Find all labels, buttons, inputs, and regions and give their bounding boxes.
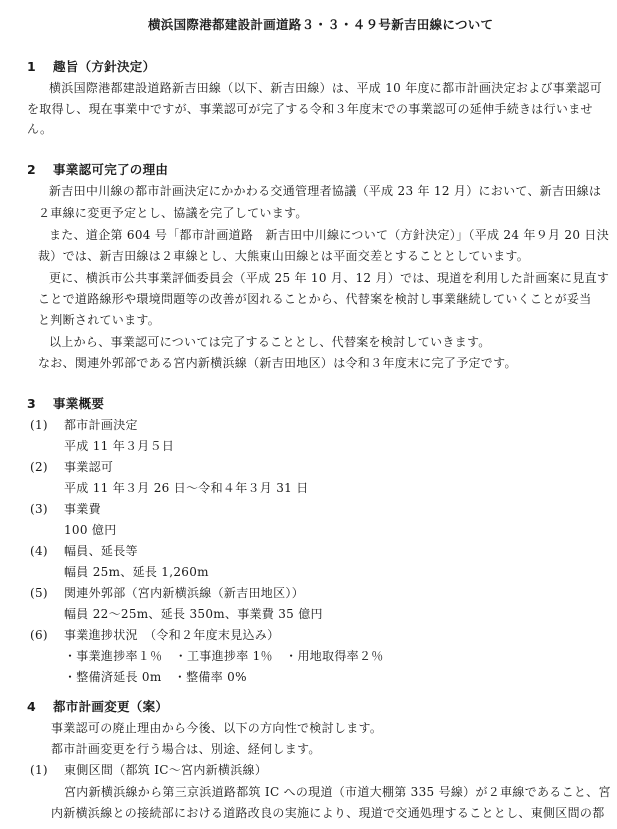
section-2-line-5: 更に、横浜市公共事業評価委員会（平成 25 年 10 月、12 月）では、現道を… — [49, 271, 609, 285]
section-2-line-6: ことで道路線形や環境問題等の改善が図れることから、代替案を検討し事業継続していく… — [38, 292, 592, 306]
item-3-3-label: (3) — [30, 502, 48, 516]
section-2-line-2: ２車線に変更予定とし、協議を完了しています。 — [38, 206, 308, 220]
section-2-line-8: 以上から、事業認可については完了することとし、代替案を検討していきます。 — [49, 335, 491, 349]
item-3-6-value-2: ・整備済延長 0m ・整備率 0% — [64, 670, 247, 684]
item-4-1-label: (1) — [30, 763, 48, 777]
section-1-line-1: 横浜国際港都建設道路新吉田線（以下、新吉田線）は、平成 10 年度に都市計画決定… — [49, 81, 602, 95]
item-3-6-value: ・事業進捗率１％ ・工事進捗率 1％ ・用地取得率２％ — [64, 649, 384, 663]
item-3-3-title: 事業費 — [64, 502, 101, 516]
section-2-line-4: 裁）では、新吉田線は２車線とし、大熊東山田線とは平面交差とすることとしています。 — [38, 249, 529, 263]
document-title: 横浜国際港都建設計画道路３・３・４９号新吉田線について — [148, 18, 493, 32]
section-1-line-3: ん。 — [27, 122, 52, 136]
item-3-1-value: 平成 11 年３月５日 — [64, 439, 174, 453]
item-3-4-label: (4) — [30, 544, 48, 558]
item-4-1-line-1: 宮内新横浜線から第三京浜道路都筑 IC への現道（市道大棚第 335 号線）が２… — [64, 785, 611, 799]
item-4-1-title: 東側区間（都筑 IC～宮内新横浜線） — [64, 763, 267, 777]
item-3-1-label: (1) — [30, 418, 48, 432]
item-4-1-line-2: 内新横浜線との接続部における道路改良の実施により、現道で交通処理することとし、東… — [51, 806, 605, 820]
item-3-4-title: 幅員、延長等 — [64, 544, 138, 558]
item-3-1-title: 都市計画決定 — [64, 418, 138, 432]
item-3-5-title: 関連外郭部（宮内新横浜線（新吉田地区）） — [64, 586, 304, 600]
item-3-2-value: 平成 11 年３月 26 日～令和４年３月 31 日 — [64, 481, 309, 495]
item-3-3-value: 100 億円 — [64, 523, 117, 537]
section-2-line-3: また、道企第 604 号「都市計画道路 新吉田中川線について（方針決定）」（平成… — [49, 228, 609, 242]
section-1-line-2: を取得し、現在事業中ですが、事業認可が完了する令和３年度末での事業認可の延伸手続… — [27, 102, 593, 116]
section-4-heading: 4都市計画変更（案） — [27, 700, 168, 714]
section-4-line-2: 都市計画変更を行う場合は、別途、経伺します。 — [51, 742, 321, 756]
section-2-line-1: 新吉田中川線の都市計画決定にかかわる交通管理者協議（平成 23 年 12 月）に… — [49, 184, 601, 198]
item-3-6-title: 事業進捗状況 （令和２年度末見込み） — [64, 628, 279, 642]
item-3-2-label: (2) — [30, 460, 48, 474]
section-3-heading: 3事業概要 — [27, 397, 104, 411]
section-4-line-1: 事業認可の廃止理由から今後、以下の方向性で検討します。 — [51, 721, 382, 735]
item-3-6-label: (6) — [30, 628, 48, 642]
section-2-line-9: なお、関連外郭部である宮内新横浜線（新吉田地区）は令和３年度末に完了予定です。 — [38, 356, 517, 370]
section-1-heading: 1趣旨（方針決定） — [27, 60, 155, 74]
item-3-5-value: 幅員 22～25m、延長 350m、事業費 35 億円 — [64, 607, 323, 621]
item-3-4-value: 幅員 25m、延長 1,260m — [64, 565, 209, 579]
section-2-line-7: と判断されています。 — [38, 313, 160, 327]
item-3-2-title: 事業認可 — [64, 460, 113, 474]
item-3-5-label: (5) — [30, 586, 48, 600]
section-2-heading: 2事業認可完了の理由 — [27, 163, 168, 177]
